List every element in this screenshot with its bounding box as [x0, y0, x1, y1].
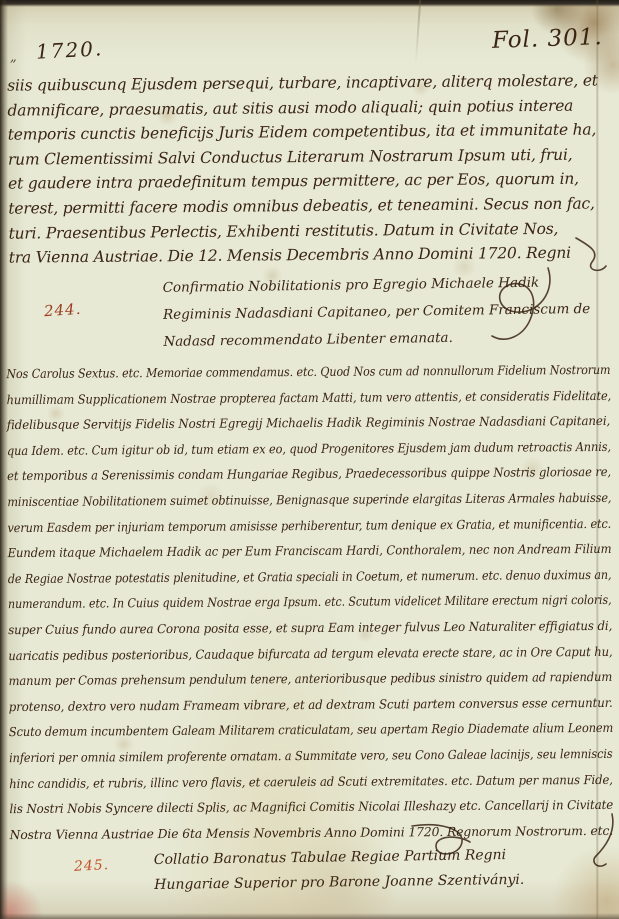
manuscript-line: verum Easdem per injuriam temporum amisi…: [7, 511, 555, 540]
manuscript-line: et temporibus a Serenissimis condam Hung…: [7, 460, 568, 490]
manuscript-line: Scuto demum incumbentem Galeam Militarem…: [9, 716, 563, 745]
entry-number-245: 245.: [74, 857, 110, 875]
entry-number-244: 244.: [43, 300, 82, 321]
manuscript-line: humillimam Supplicationem Nostrae propte…: [6, 383, 562, 412]
manuscript-line: manum per Comas prehensum pendulum tener…: [8, 664, 569, 694]
entry-244-heading: Confirmatio Nobilitationis pro Egregio M…: [162, 269, 583, 356]
manuscript-line: super Cuius fundo aurea Corona posita es…: [8, 613, 583, 643]
paper-crease-top: [415, 0, 421, 64]
photo-edge-bottom: [0, 913, 619, 919]
folio-number-label: Fol. 301.: [492, 24, 604, 54]
manuscript-line: inferiori per omnia similem proferente o…: [9, 741, 560, 770]
manuscript-line: Nos Carolus Sextus. etc. Memoriae commen…: [6, 357, 547, 386]
margin-quote-mark: „: [10, 50, 17, 65]
manuscript-line: uaricatis pedibus posterioribus, Caudaqu…: [8, 639, 572, 669]
manuscript-line: protenso, dextro vero nudam Frameam vibr…: [9, 690, 583, 720]
main-entry-paragraph: Nos Carolus Sextus. etc. Memoriae commen…: [6, 357, 613, 847]
manuscript-line: tra Vienna Austriae. Die 12. Mensis Dece…: [9, 241, 611, 271]
manuscript-line: numerandum. etc. In Cuius quidem Nostrae…: [8, 588, 548, 617]
manuscript-line: hinc candidis, et rubris, illinc vero fl…: [9, 767, 574, 797]
photo-edge-top: [0, 0, 619, 7]
heading-line: Nadasd recommendato Libenter emanata.: [163, 323, 583, 356]
manuscript-line: lis Nostri Nobis Syncere dilecti Splis, …: [9, 792, 585, 822]
manuscript-line: de Regiae Nostrae potestatis plenitudine…: [8, 562, 552, 591]
entry-245-heading: Collatio Baronatus Tabulae Regiae Partiu…: [154, 842, 585, 897]
manuscript-line: Eundem itaque Michaelem Hadik ac per Eum…: [8, 536, 572, 566]
manuscript-line: miniscentiae Nobilitationem suimet obtin…: [7, 485, 557, 514]
closing-paragraph: siis quibuscunq Ejusdem persequi, turbar…: [7, 68, 611, 270]
year-label: 1720.: [35, 36, 103, 63]
manuscript-page: „ 1720. Fol. 301. siis quibuscunq Ejusde…: [0, 0, 619, 919]
manuscript-line: qua Idem. etc. Cum igitur ob id, tum eti…: [7, 434, 559, 463]
manuscript-line: fidelibusque Servitijs Fidelis Nostri Eg…: [7, 408, 583, 438]
